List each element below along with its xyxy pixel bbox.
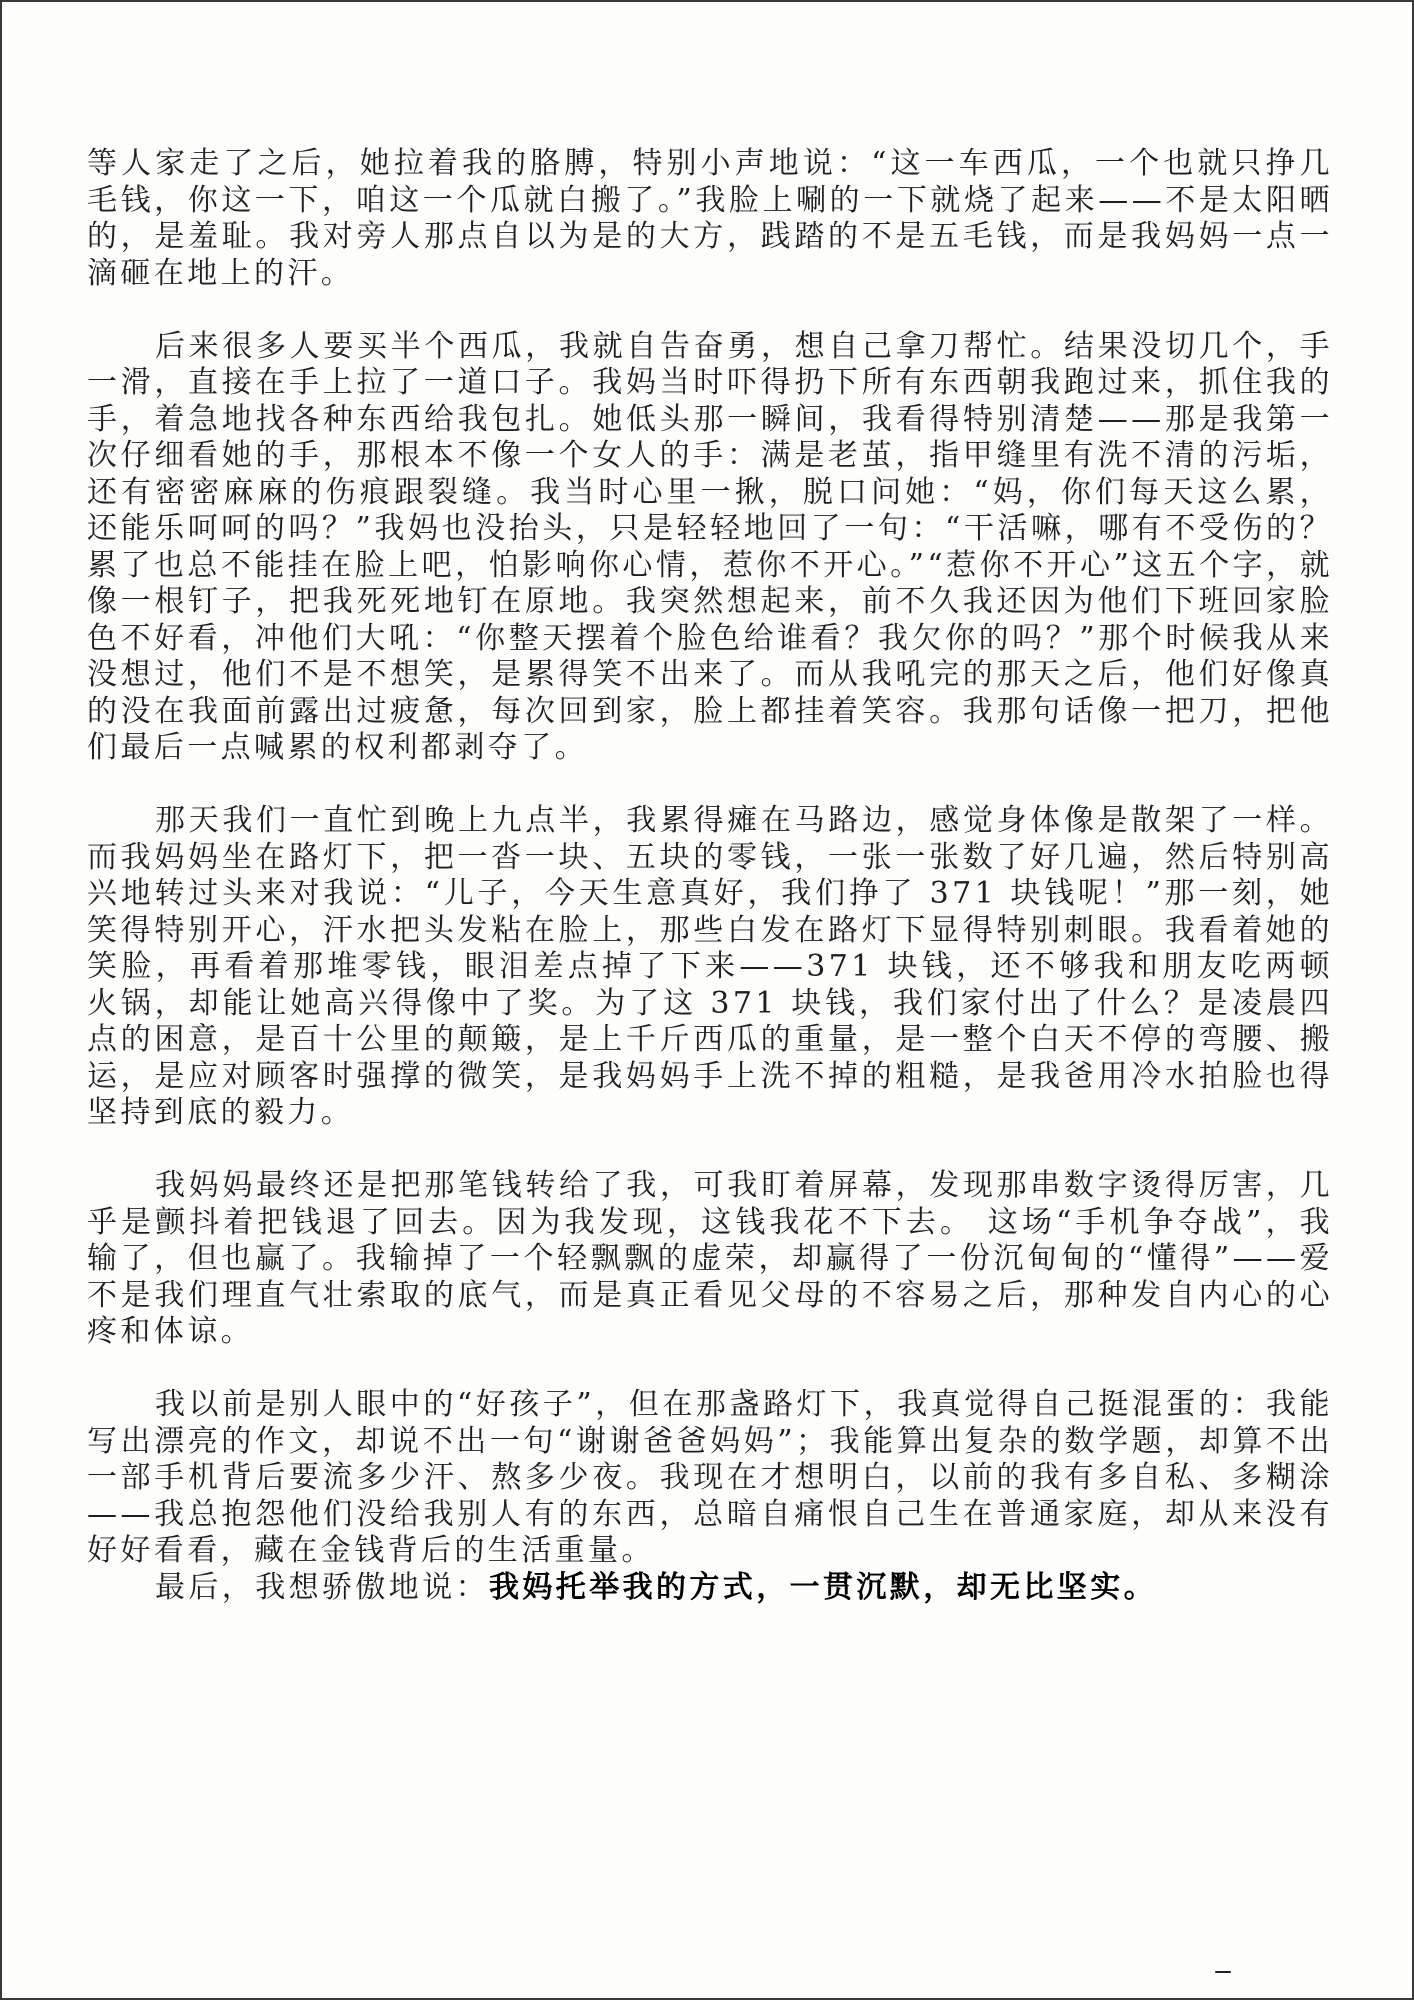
closing-paragraph: 最后，我想骄傲地说：我妈托举我的方式，一贯沉默，却无比坚实。 <box>87 1570 1333 1607</box>
document-page: 等人家走了之后，她拉着我的胳膊，特别小声地说：“这一车西瓜，一个也就只挣几毛钱，… <box>0 0 1414 2000</box>
paragraph-3: 那天我们一直忙到晚上九点半，我累得瘫在马路边，感觉身体像是散架了一样。而我妈妈坐… <box>87 803 1333 1132</box>
paragraph-5: 我以前是别人眼中的“好孩子”，但在那盏路灯下，我真觉得自己挺混蛋的：我能写出漂亮… <box>87 1387 1333 1570</box>
closing-lead: 最后，我想骄傲地说： <box>155 1570 489 1605</box>
essay-body: 等人家走了之后，她拉着我的胳膊，特别小声地说：“这一车西瓜，一个也就只挣几毛钱，… <box>87 146 1333 1606</box>
paragraph-1: 等人家走了之后，她拉着我的胳膊，特别小声地说：“这一车西瓜，一个也就只挣几毛钱，… <box>87 146 1333 292</box>
page-mark <box>1215 1971 1231 1973</box>
paragraph-4: 我妈妈最终还是把那笔钱转给了我，可我盯着屏幕，发现那串数字烫得厉害，几乎是颤抖着… <box>87 1168 1333 1351</box>
closing-emphasis: 我妈托举我的方式，一贯沉默，却无比坚实。 <box>489 1570 1157 1605</box>
paragraph-2: 后来很多人要买半个西瓜，我就自告奋勇，想自己拿刀帮忙。结果没切几个，手一滑，直接… <box>87 329 1333 767</box>
